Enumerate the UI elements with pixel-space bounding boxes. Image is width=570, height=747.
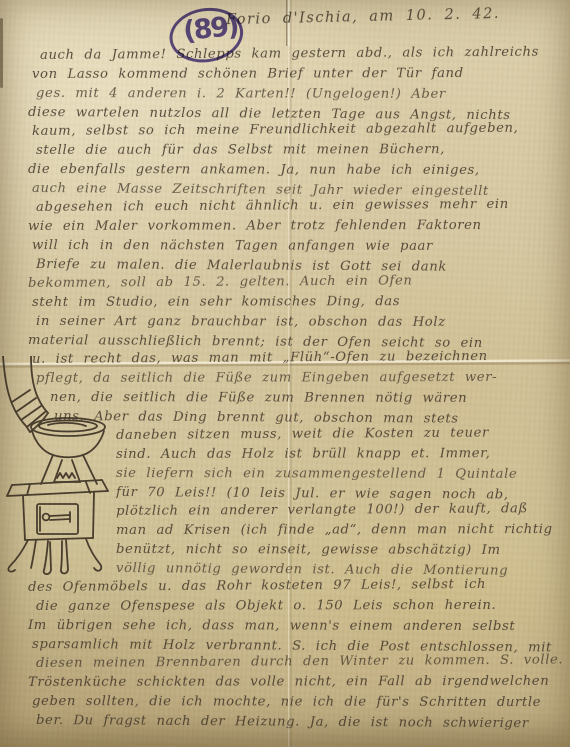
handwriting-line: auch da Jamme! Schlepps kam gestern abd.… [40,43,562,65]
handwriting-line: Tröstenküche schickten das volle nicht, … [28,672,562,692]
handwriting-line: in seiner Art ganz brauchbar ist, obscho… [36,312,562,332]
handwriting-line: will ich in den nächsten Tagen anfangen … [32,236,562,256]
handwriting-line: kaum, selbst so ich meine Freundlichkeit… [32,119,562,141]
handwriting-line: ber. Du fragst nach der Heizung. Ja, die… [36,711,562,733]
letter-body: auch da Jamme! Schlepps kam gestern abd.… [14,46,562,747]
handwriting-line: daneben sitzen muss, weit die Kosten zu … [116,423,562,445]
handwriting-line: benützt, nicht so einseit, gewisse absch… [116,540,562,560]
handwriting-line: ges. mit 4 anderen i. 2 Karten!! (Ungelo… [36,84,562,104]
letter-page: (89) Forio d'Ischia, am 10. 2. 42. [0,0,570,747]
handwriting-line: bekommen, soll ab 15. 2. gelten. Auch ei… [28,271,562,293]
handwriting-line: pflegt, da seitlich die Füße zum Eingebe… [36,368,562,388]
handwriting-line: von Lasso kommend schönen Brief unter de… [32,64,562,84]
handwriting-line: plötzlich ein anderer verlangte 100!) de… [116,499,562,521]
handwriting-line: man ad Krisen (ich finde „ad“, denn man … [116,520,562,540]
paper-edge-shadow [0,18,3,88]
handwriting-line: des Ofenmöbels u. das Rohr kosteten 97 L… [28,575,562,597]
handwriting-line: nen, die seitlich die Füße zum Brennen n… [50,388,562,408]
handwriting-line: abgesehen ich euch nicht ähnlich u. ein … [36,195,562,217]
handwriting-line: geben sollten, die ich mochte, nie ich d… [32,692,562,712]
handwriting-line: wie ein Maler vorkommen. Aber trotz fehl… [28,216,562,236]
handwriting-line: stelle die auch für das Selbst mit meine… [36,140,562,160]
handwriting-line: steht im Studio, ein sehr komisches Ding… [32,292,562,312]
handwriting-line: die ebenfalls gestern ankamen. Ja, nun h… [28,160,562,180]
handwriting-line: die ganze Ofenspese als Objekt o. 150 Le… [36,596,562,616]
handwriting-line: sind. Auch das Holz ist brüll knapp et. … [116,444,562,464]
handwriting-line: Im übrigen sehe ich, dass man, wenn's ei… [28,616,562,636]
handwriting-line: u. ist recht das, was man mit „Flüh“-Ofe… [32,347,562,369]
dateline: Forio d'Ischia, am 10. 2. 42. [226,6,506,28]
handwriting-line: sie liefern sich ein zusammengestellend … [116,464,562,484]
handwriting-line: diesen meinen Brennbaren durch den Winte… [36,651,562,673]
